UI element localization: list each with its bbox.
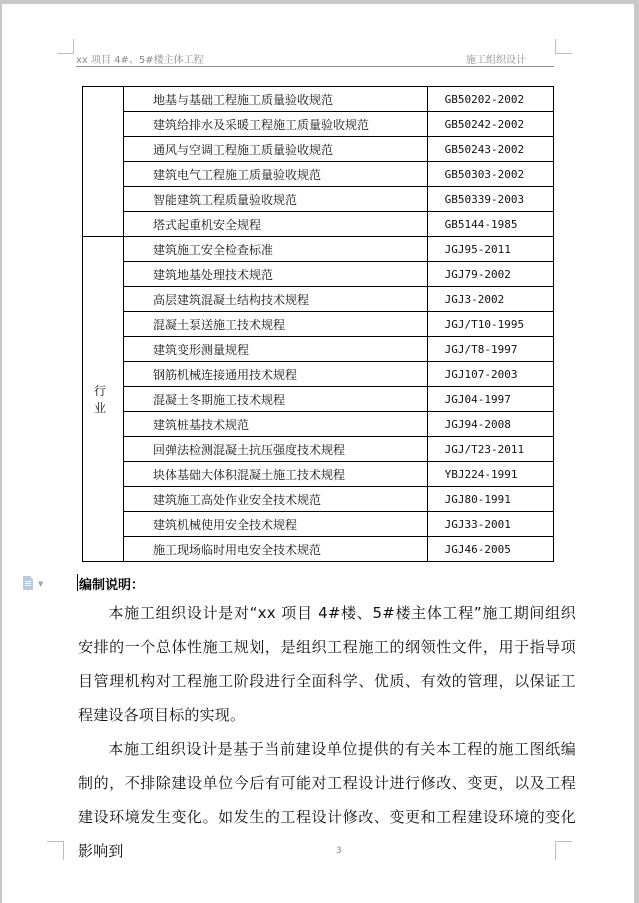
table-row: 建筑电气工程施工质量验收规范GB50303-2002 <box>83 162 554 187</box>
standard-name-cell: 混凝土冬期施工技术规程 <box>123 387 427 412</box>
paragraph: 本施工组织设计是基于当前建设单位提供的有关本工程的施工图纸编制的，不排除建设单位… <box>78 732 576 868</box>
standard-code-cell: JGJ80-1991 <box>427 487 553 512</box>
standard-name-cell: 建筑电气工程施工质量验收规范 <box>123 162 427 187</box>
table-row: 施工现场临时用电安全技术规范JGJ46-2005 <box>83 537 554 562</box>
standard-code-cell: JGJ94-2008 <box>427 412 553 437</box>
table-row: 通风与空调工程施工质量验收规范GB50243-2002 <box>83 137 554 162</box>
crop-mark-top-left <box>57 39 74 54</box>
standard-name-cell: 混凝土泵送施工技术规程 <box>123 312 427 337</box>
standard-code-cell: GB5144-1985 <box>427 212 553 237</box>
page-number: 3 <box>336 846 342 856</box>
standard-name-cell: 施工现场临时用电安全技术规范 <box>123 537 427 562</box>
paragraph-text: 本施工组织设计是基于当前建设单位提供的有关本工程的施工图纸编制的，不排除建设单位… <box>78 740 576 860</box>
paragraph: 本施工组织设计是对“xx 项目 4#楼、5#楼主体工程”施工期间组织安排的一个总… <box>78 596 576 732</box>
table-row: 混凝土冬期施工技术规程JGJ04-1997 <box>83 387 554 412</box>
standard-code-cell: JGJ/T23-2011 <box>427 437 553 462</box>
standard-code-cell: JGJ3-2002 <box>427 287 553 312</box>
standard-name-cell: 建筑变形测量规程 <box>123 337 427 362</box>
standard-name-cell: 通风与空调工程施工质量验收规范 <box>123 137 427 162</box>
standard-code-cell: GB50303-2002 <box>427 162 553 187</box>
standard-name-cell: 建筑施工高处作业安全技术规范 <box>123 487 427 512</box>
table-row: 建筑施工高处作业安全技术规范JGJ80-1991 <box>83 487 554 512</box>
table-row: 地基与基础工程施工质量验收规范GB50202-2002 <box>83 87 554 112</box>
standard-name-cell: 建筑地基处理技术规范 <box>123 262 427 287</box>
header-doc-title: 施工组织设计 <box>466 51 526 66</box>
standard-code-cell: GB50242-2002 <box>427 112 553 137</box>
standard-name-cell: 钢筋机械连接通用技术规程 <box>123 362 427 387</box>
section-title: 编制说明： <box>79 574 144 593</box>
category-cell <box>83 87 124 237</box>
standard-code-cell: GB50339-2003 <box>427 187 553 212</box>
crop-mark-bottom-left <box>47 841 64 860</box>
standard-code-cell: YBJ224-1991 <box>427 462 553 487</box>
table-row: 建筑变形测量规程JGJ/T8-1997 <box>83 337 554 362</box>
table-row: 钢筋机械连接通用技术规程JGJ107-2003 <box>83 362 554 387</box>
standard-code-cell: JGJ/T8-1997 <box>427 337 553 362</box>
table-row: 块体基础大体积混凝土施工技术规程YBJ224-1991 <box>83 462 554 487</box>
table-row: 建筑桩基技术规范JGJ94-2008 <box>83 412 554 437</box>
standard-name-cell: 地基与基础工程施工质量验收规范 <box>123 87 427 112</box>
standard-name-cell: 建筑机械使用安全技术规程 <box>123 512 427 537</box>
standard-code-cell: GB50243-2002 <box>427 137 553 162</box>
paragraph-text: 本施工组织设计是对“xx 项目 4#楼、5#楼主体工程”施工期间组织安排的一个总… <box>78 604 576 724</box>
standard-code-cell: JGJ/T10-1995 <box>427 312 553 337</box>
table-row: 高层建筑混凝土结构技术规程JGJ3-2002 <box>83 287 554 312</box>
chevron-down-icon[interactable]: ▼ <box>38 580 43 588</box>
standard-name-cell: 塔式起重机安全规程 <box>123 212 427 237</box>
category-cell: 行 业 <box>83 237 124 562</box>
table-row: 混凝土泵送施工技术规程JGJ/T10-1995 <box>83 312 554 337</box>
standard-code-cell: JGJ95-2011 <box>427 237 553 262</box>
table-row: 塔式起重机安全规程GB5144-1985 <box>83 212 554 237</box>
standard-name-cell: 回弹法检测混凝土抗压强度技术规程 <box>123 437 427 462</box>
standard-code-cell: JGJ79-2002 <box>427 262 553 287</box>
header-project-title: xx 项目 4#、5#楼主体工程 <box>76 51 204 66</box>
standard-name-cell: 建筑施工安全检查标准 <box>123 237 427 262</box>
table-row: 建筑给排水及采暖工程施工质量验收规范GB50242-2002 <box>83 112 554 137</box>
standard-name-cell: 智能建筑工程质量验收规范 <box>123 187 427 212</box>
table-row: 建筑地基处理技术规范JGJ79-2002 <box>83 262 554 287</box>
table-row: 智能建筑工程质量验收规范GB50339-2003 <box>83 187 554 212</box>
standard-code-cell: JGJ33-2001 <box>427 512 553 537</box>
standard-name-cell: 建筑给排水及采暖工程施工质量验收规范 <box>123 112 427 137</box>
table-row: 建筑机械使用安全技术规程JGJ33-2001 <box>83 512 554 537</box>
crop-mark-top-right <box>555 39 572 54</box>
standard-code-cell: JGJ04-1997 <box>427 387 553 412</box>
document-icon[interactable] <box>22 576 34 590</box>
standard-name-cell: 块体基础大体积混凝土施工技术规程 <box>123 462 427 487</box>
standard-name-cell: 建筑桩基技术规范 <box>123 412 427 437</box>
standard-code-cell: JGJ107-2003 <box>427 362 553 387</box>
standard-code-cell: GB50202-2002 <box>427 87 553 112</box>
standards-table: 地基与基础工程施工质量验收规范GB50202-2002建筑给排水及采暖工程施工质… <box>82 86 554 562</box>
table-row: 回弹法检测混凝土抗压强度技术规程JGJ/T23-2011 <box>83 437 554 462</box>
standard-name-cell: 高层建筑混凝土结构技术规程 <box>123 287 427 312</box>
page-header: xx 项目 4#、5#楼主体工程 施工组织设计 <box>76 48 554 67</box>
table-row: 行 业建筑施工安全检查标准JGJ95-2011 <box>83 237 554 262</box>
standard-code-cell: JGJ46-2005 <box>427 537 553 562</box>
text-cursor <box>77 574 78 591</box>
